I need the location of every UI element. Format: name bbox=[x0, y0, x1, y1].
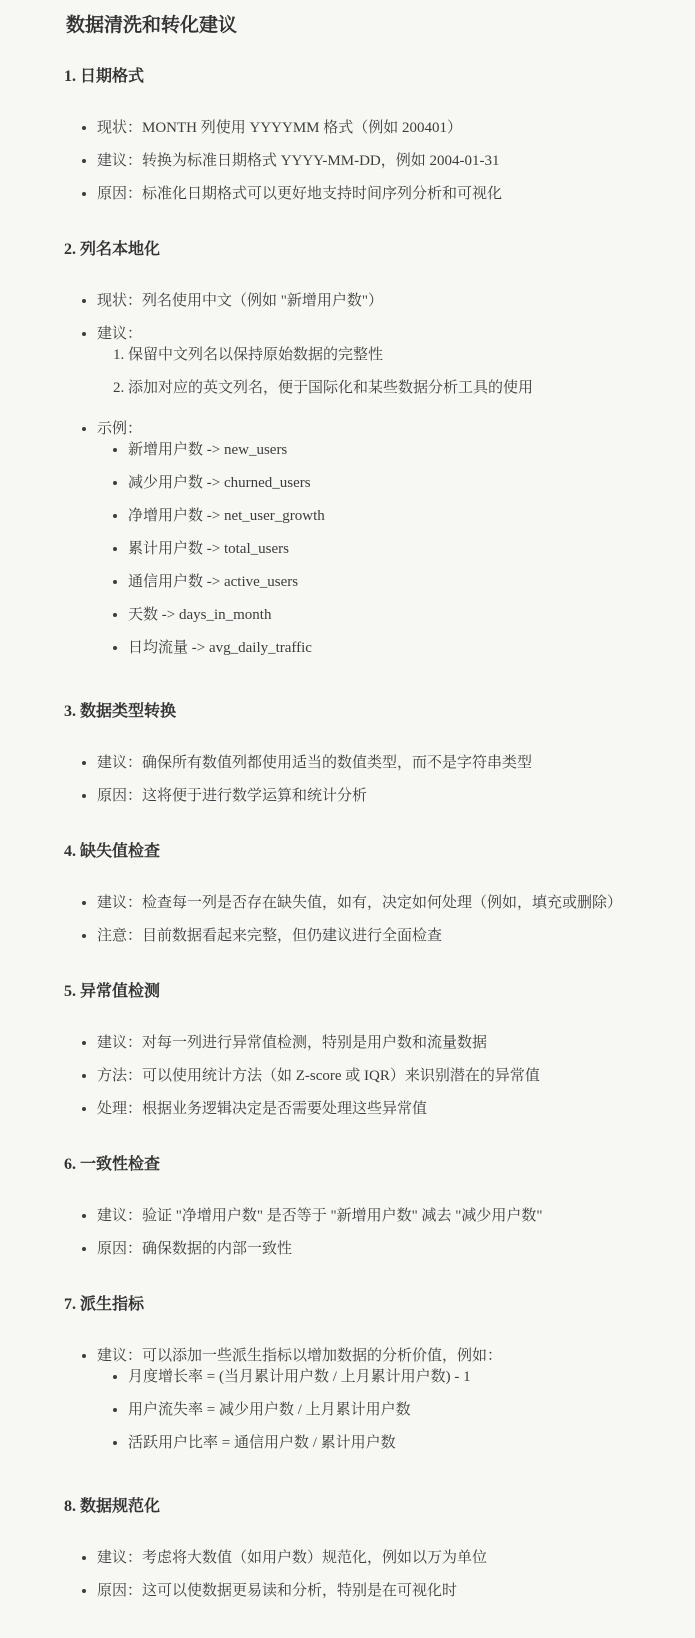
list-item: 建议：确保所有数值列都使用适当的数值类型，而不是字符串类型 bbox=[97, 747, 665, 780]
sections-container: 1. 日期格式现状：MONTH 列使用 YYYYMM 格式（例如 200401）… bbox=[64, 68, 665, 1608]
sub-list-item-text: 保留中文列名以保持原始数据的完整性 bbox=[128, 347, 383, 363]
list-item-text: 建议：对每一列进行异常值检测，特别是用户数和流量数据 bbox=[97, 1035, 487, 1051]
sub-list-item-text: 新增用户数 -> new_users bbox=[128, 442, 287, 458]
item-list: 建议：考虑将大数值（如用户数）规范化，例如以万为单位原因：这可以使数据更易读和分… bbox=[64, 1542, 665, 1608]
list-item: 处理：根据业务逻辑决定是否需要处理这些异常值 bbox=[97, 1093, 665, 1126]
bullet-sub-list: 新增用户数 -> new_users减少用户数 -> churned_users… bbox=[97, 434, 665, 665]
sub-list-item: 天数 -> days_in_month bbox=[128, 599, 665, 632]
sub-list-item-text: 活跃用户比率 = 通信用户数 / 累计用户数 bbox=[128, 1435, 396, 1451]
section: 2. 列名本地化现状：列名使用中文（例如 "新增用户数"）建议：保留中文列名以保… bbox=[64, 241, 665, 673]
list-item-text: 原因：确保数据的内部一致性 bbox=[97, 1241, 292, 1257]
list-item: 建议：验证 "净增用户数" 是否等于 "新增用户数" 减去 "减少用户数" bbox=[97, 1200, 665, 1233]
sub-list-item-text: 通信用户数 -> active_users bbox=[128, 574, 298, 590]
section-heading: 1. 日期格式 bbox=[64, 68, 665, 86]
list-item: 方法：可以使用统计方法（如 Z-score 或 IQR）来识别潜在的异常值 bbox=[97, 1060, 665, 1093]
sub-list-item: 通信用户数 -> active_users bbox=[128, 566, 665, 599]
document: 数据清洗和转化建议 1. 日期格式现状：MONTH 列使用 YYYYMM 格式（… bbox=[0, 0, 695, 1638]
list-item-text: 建议：检查每一列是否存在缺失值，如有，决定如何处理（例如，填充或删除） bbox=[97, 895, 622, 911]
ordered-sub-list: 保留中文列名以保持原始数据的完整性添加对应的英文列名，便于国际化和某些数据分析工… bbox=[97, 339, 665, 405]
page-title: 数据清洗和转化建议 bbox=[66, 14, 665, 38]
sub-list-item: 活跃用户比率 = 通信用户数 / 累计用户数 bbox=[128, 1427, 665, 1460]
item-list: 建议：检查每一列是否存在缺失值，如有，决定如何处理（例如，填充或删除）注意：目前… bbox=[64, 887, 665, 953]
list-item-text: 建议：可以添加一些派生指标以增加数据的分析价值，例如： bbox=[97, 1348, 502, 1364]
list-item-text: 建议：考虑将大数值（如用户数）规范化，例如以万为单位 bbox=[97, 1550, 487, 1566]
list-item-text: 建议：转换为标准日期格式 YYYY-MM-DD，例如 2004-01-31 bbox=[97, 153, 500, 169]
section: 5. 异常值检测建议：对每一列进行异常值检测，特别是用户数和流量数据方法：可以使… bbox=[64, 983, 665, 1126]
list-item-text: 现状：MONTH 列使用 YYYYMM 格式（例如 200401） bbox=[97, 120, 462, 136]
section-heading: 3. 数据类型转换 bbox=[64, 703, 665, 721]
sub-list-item-text: 添加对应的英文列名，便于国际化和某些数据分析工具的使用 bbox=[128, 380, 533, 396]
list-item: 现状：MONTH 列使用 YYYYMM 格式（例如 200401） bbox=[97, 112, 665, 145]
sub-list-item-text: 月度增长率 = (当月累计用户数 / 上月累计用户数) - 1 bbox=[128, 1369, 471, 1385]
section-heading: 6. 一致性检查 bbox=[64, 1156, 665, 1174]
item-list: 建议：确保所有数值列都使用适当的数值类型，而不是字符串类型原因：这将便于进行数学… bbox=[64, 747, 665, 813]
list-item: 原因：这可以使数据更易读和分析，特别是在可视化时 bbox=[97, 1575, 665, 1608]
sub-list-item: 累计用户数 -> total_users bbox=[128, 533, 665, 566]
list-item: 原因：这将便于进行数学运算和统计分析 bbox=[97, 780, 665, 813]
section-heading: 7. 派生指标 bbox=[64, 1296, 665, 1314]
item-list: 建议：验证 "净增用户数" 是否等于 "新增用户数" 减去 "减少用户数"原因：… bbox=[64, 1200, 665, 1266]
list-item-text: 建议：确保所有数值列都使用适当的数值类型，而不是字符串类型 bbox=[97, 755, 532, 771]
item-list: 现状：列名使用中文（例如 "新增用户数"）建议：保留中文列名以保持原始数据的完整… bbox=[64, 285, 665, 673]
sub-list-item: 新增用户数 -> new_users bbox=[128, 434, 665, 467]
sub-list-item: 月度增长率 = (当月累计用户数 / 上月累计用户数) - 1 bbox=[128, 1361, 665, 1394]
list-item: 原因：标准化日期格式可以更好地支持时间序列分析和可视化 bbox=[97, 178, 665, 211]
list-item-text: 建议： bbox=[97, 326, 142, 342]
list-item-text: 原因：这可以使数据更易读和分析，特别是在可视化时 bbox=[97, 1583, 457, 1599]
section: 8. 数据规范化建议：考虑将大数值（如用户数）规范化，例如以万为单位原因：这可以… bbox=[64, 1498, 665, 1608]
list-item-text: 示例： bbox=[97, 421, 142, 437]
section: 1. 日期格式现状：MONTH 列使用 YYYYMM 格式（例如 200401）… bbox=[64, 68, 665, 211]
section: 3. 数据类型转换建议：确保所有数值列都使用适当的数值类型，而不是字符串类型原因… bbox=[64, 703, 665, 813]
sub-list-item-text: 净增用户数 -> net_user_growth bbox=[128, 508, 325, 524]
list-item: 建议：转换为标准日期格式 YYYY-MM-DD，例如 2004-01-31 bbox=[97, 145, 665, 178]
sub-list-item-text: 减少用户数 -> churned_users bbox=[128, 475, 311, 491]
item-list: 建议：对每一列进行异常值检测，特别是用户数和流量数据方法：可以使用统计方法（如 … bbox=[64, 1027, 665, 1126]
sub-list-item-text: 天数 -> days_in_month bbox=[128, 607, 271, 623]
section-heading: 4. 缺失值检查 bbox=[64, 843, 665, 861]
sub-list-item-text: 用户流失率 = 减少用户数 / 上月累计用户数 bbox=[128, 1402, 411, 1418]
section-heading: 2. 列名本地化 bbox=[64, 241, 665, 259]
sub-list-item-text: 日均流量 -> avg_daily_traffic bbox=[128, 640, 312, 656]
sub-list-item: 保留中文列名以保持原始数据的完整性 bbox=[128, 339, 665, 372]
list-item: 建议：保留中文列名以保持原始数据的完整性添加对应的英文列名，便于国际化和某些数据… bbox=[97, 318, 665, 413]
item-list: 建议：可以添加一些派生指标以增加数据的分析价值，例如：月度增长率 = (当月累计… bbox=[64, 1340, 665, 1468]
list-item: 示例：新增用户数 -> new_users减少用户数 -> churned_us… bbox=[97, 413, 665, 673]
list-item: 原因：确保数据的内部一致性 bbox=[97, 1233, 665, 1266]
list-item: 建议：检查每一列是否存在缺失值，如有，决定如何处理（例如，填充或删除） bbox=[97, 887, 665, 920]
section: 6. 一致性检查建议：验证 "净增用户数" 是否等于 "新增用户数" 减去 "减… bbox=[64, 1156, 665, 1266]
section-heading: 5. 异常值检测 bbox=[64, 983, 665, 1001]
list-item-text: 注意：目前数据看起来完整，但仍建议进行全面检查 bbox=[97, 928, 442, 944]
list-item-text: 建议：验证 "净增用户数" 是否等于 "新增用户数" 减去 "减少用户数" bbox=[97, 1208, 543, 1224]
section: 7. 派生指标建议：可以添加一些派生指标以增加数据的分析价值，例如：月度增长率 … bbox=[64, 1296, 665, 1468]
bullet-sub-list: 月度增长率 = (当月累计用户数 / 上月累计用户数) - 1用户流失率 = 减… bbox=[97, 1361, 665, 1460]
list-item: 建议：可以添加一些派生指标以增加数据的分析价值，例如：月度增长率 = (当月累计… bbox=[97, 1340, 665, 1468]
list-item-text: 方法：可以使用统计方法（如 Z-score 或 IQR）来识别潜在的异常值 bbox=[97, 1068, 540, 1084]
list-item: 注意：目前数据看起来完整，但仍建议进行全面检查 bbox=[97, 920, 665, 953]
sub-list-item: 用户流失率 = 减少用户数 / 上月累计用户数 bbox=[128, 1394, 665, 1427]
sub-list-item: 净增用户数 -> net_user_growth bbox=[128, 500, 665, 533]
section: 4. 缺失值检查建议：检查每一列是否存在缺失值，如有，决定如何处理（例如，填充或… bbox=[64, 843, 665, 953]
list-item-text: 原因：标准化日期格式可以更好地支持时间序列分析和可视化 bbox=[97, 186, 502, 202]
list-item-text: 现状：列名使用中文（例如 "新增用户数"） bbox=[97, 293, 383, 309]
sub-list-item: 减少用户数 -> churned_users bbox=[128, 467, 665, 500]
sub-list-item-text: 累计用户数 -> total_users bbox=[128, 541, 289, 557]
list-item: 建议：对每一列进行异常值检测，特别是用户数和流量数据 bbox=[97, 1027, 665, 1060]
section-heading: 8. 数据规范化 bbox=[64, 1498, 665, 1516]
sub-list-item: 添加对应的英文列名，便于国际化和某些数据分析工具的使用 bbox=[128, 372, 665, 405]
item-list: 现状：MONTH 列使用 YYYYMM 格式（例如 200401）建议：转换为标… bbox=[64, 112, 665, 211]
list-item: 建议：考虑将大数值（如用户数）规范化，例如以万为单位 bbox=[97, 1542, 665, 1575]
list-item-text: 原因：这将便于进行数学运算和统计分析 bbox=[97, 788, 367, 804]
sub-list-item: 日均流量 -> avg_daily_traffic bbox=[128, 632, 665, 665]
list-item: 现状：列名使用中文（例如 "新增用户数"） bbox=[97, 285, 665, 318]
list-item-text: 处理：根据业务逻辑决定是否需要处理这些异常值 bbox=[97, 1101, 427, 1117]
